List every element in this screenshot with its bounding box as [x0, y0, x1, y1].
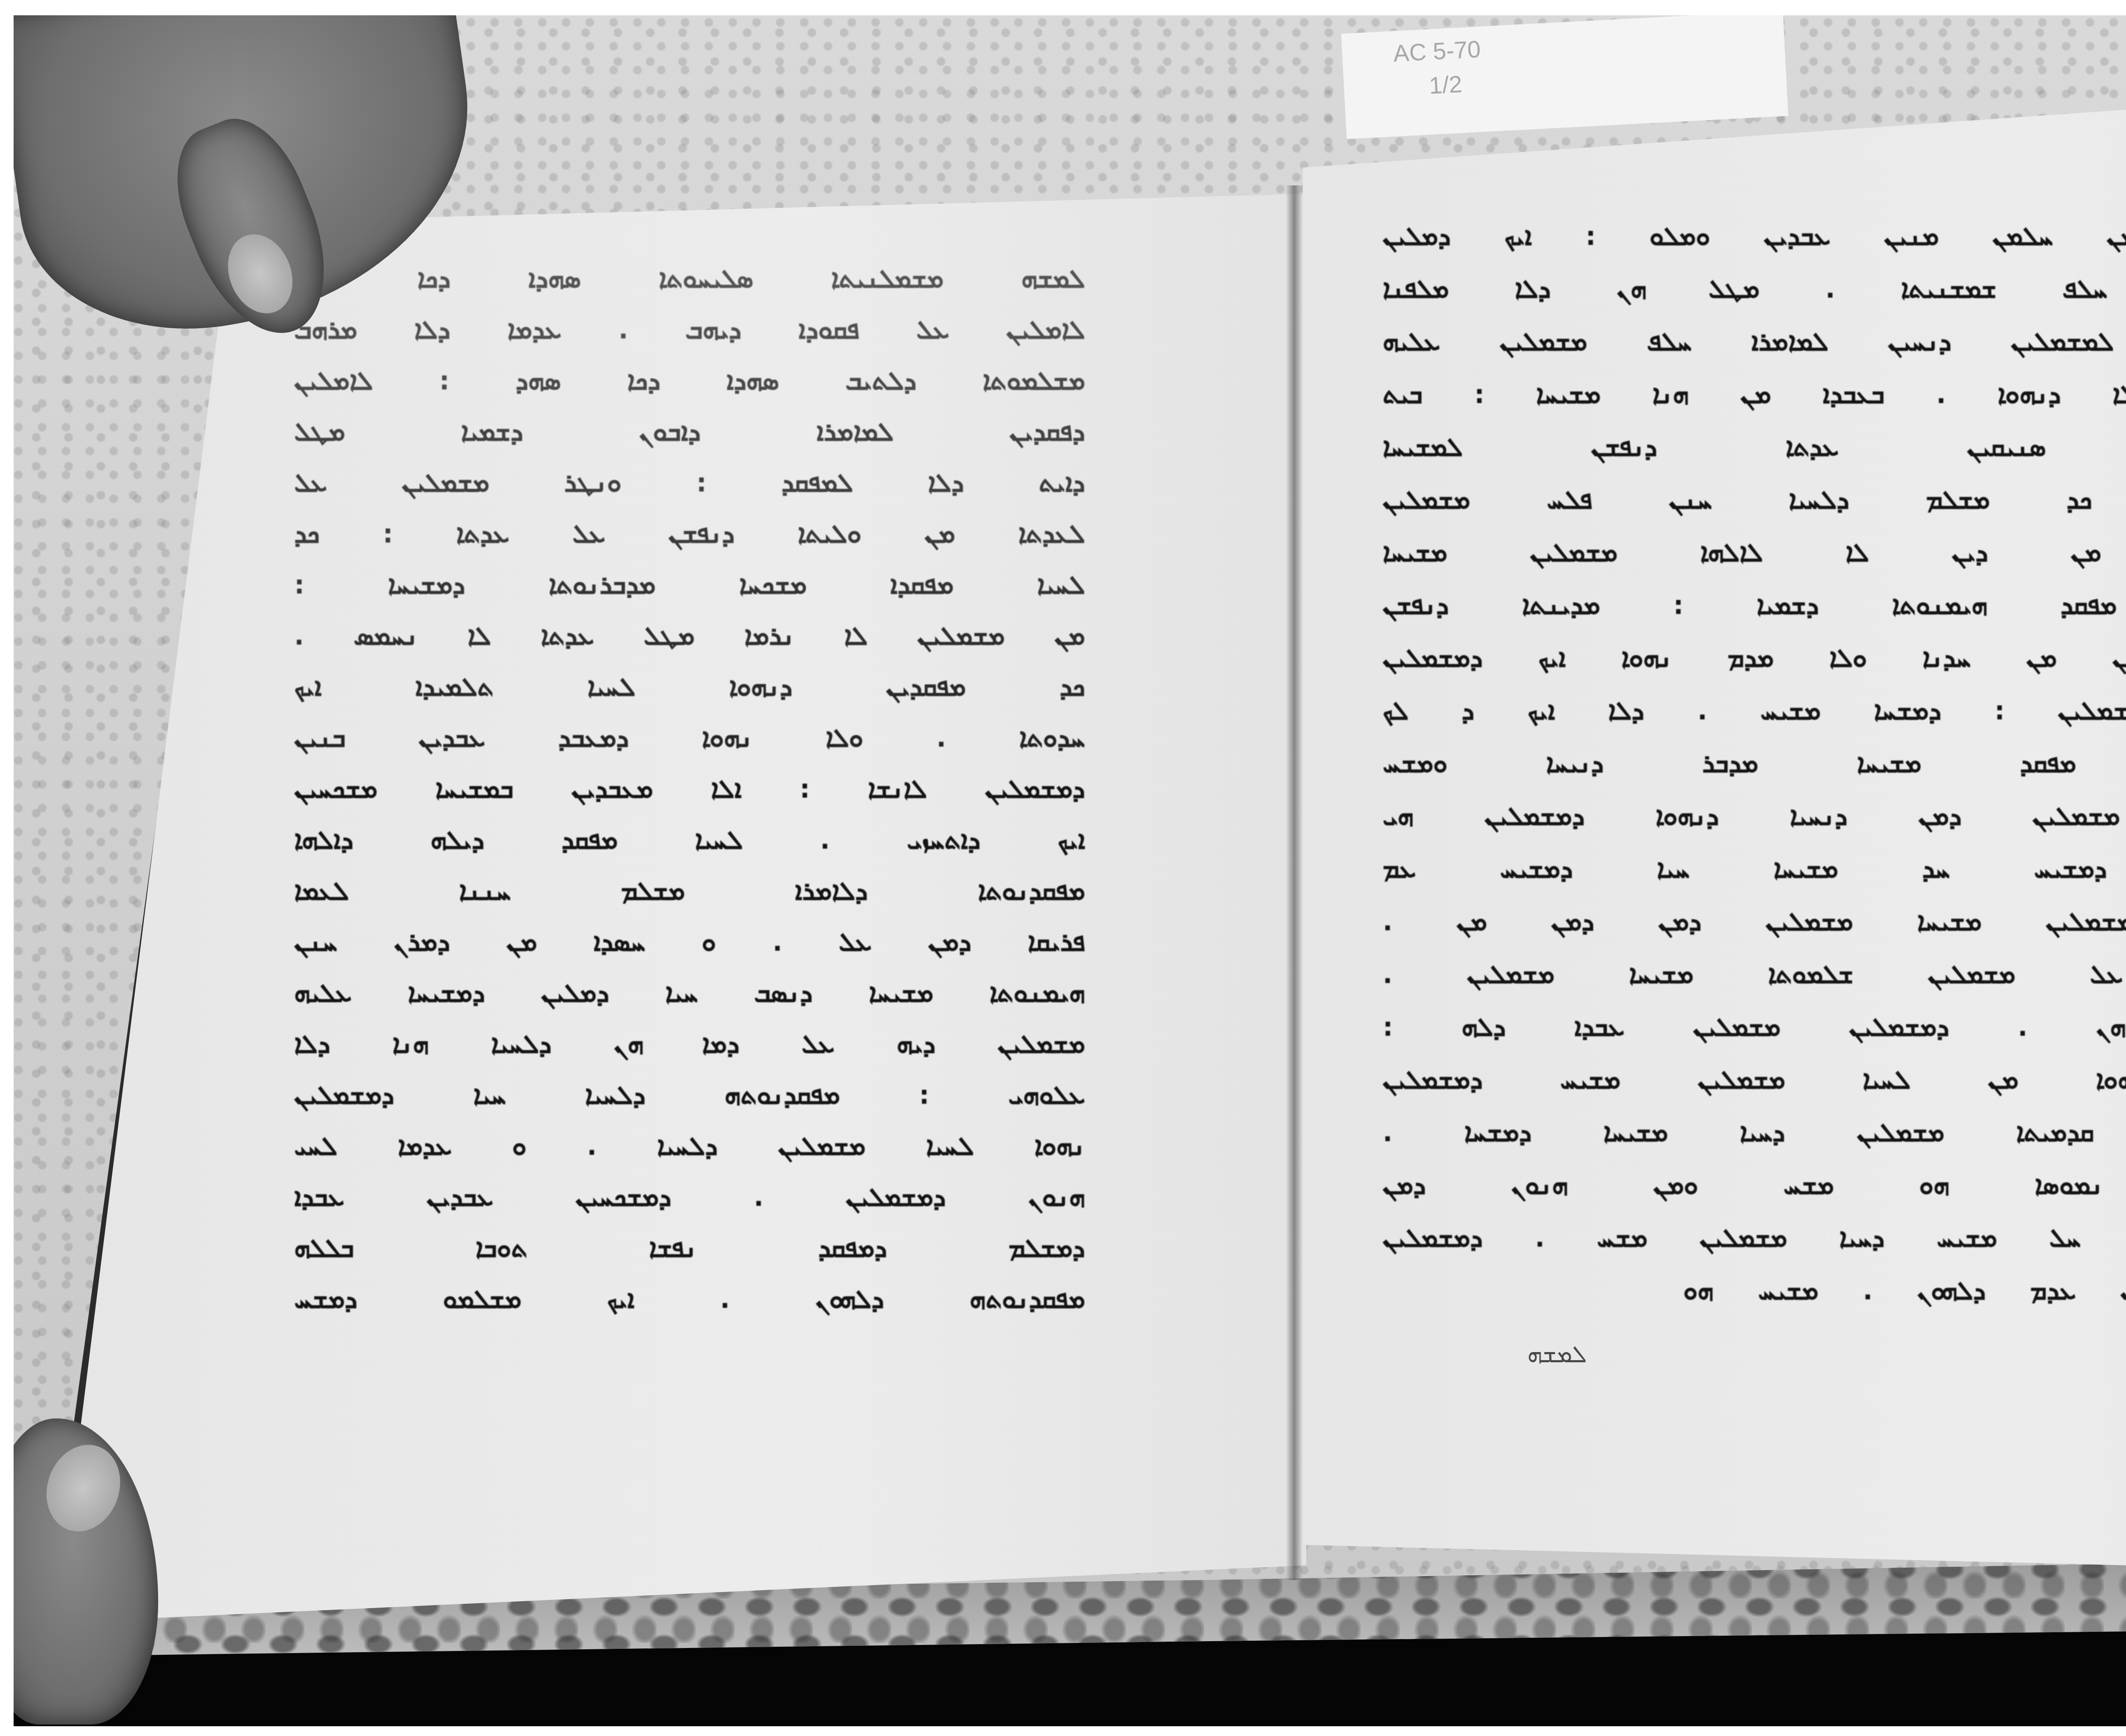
text-line: ܦܪܝܩܐ ܕܡܢ ܥܠ . ܘ ܚܣܕܐ ܡܢ ܕܡܪܢ ܚܢܢ: [294, 917, 1085, 968]
text-line: ܡܛܠ ܗܢ . ܕܡܫܡܠܝܢ ܡܫܡܠܝܢ ܥܒܕܐ ܕܠܗ :: [1383, 1002, 2126, 1054]
text-line: ܠܥܕܬܐ ܡܢ ܘܠܝܬܐ ܕܢܦܫܢ ܥܠ ܥܕܬܐ : ܟܕ: [294, 509, 1085, 560]
left-page-text: ܠܡܫܗ ܡܫܡܠܢܝܬܐ ܣܠܝܚܘܬܐ ܣܗܕܐ ܕܟܐ ܣܗܕ ܠܐܡܠܝ…: [294, 253, 1085, 1325]
photograph: AC 5-70 1/2 ܠܡܫܗ ܡܫܡܠܢܝܬܐ ܣܠܝܚܘܬܐ ܣܗܕܐ ܕ…: [0, 0, 2126, 1736]
photo-area: AC 5-70 1/2 ܠܡܫܗ ܡܫܡܠܢܝܬܐ ܣܠܝܚܘܬܐ ܣܗܕܐ ܕ…: [14, 15, 2126, 1726]
text-line: ܥܕܡܐ ܠܐ ܕܢܗܘܐ . ܒܥܒܕܐ ܡܢ ܗܢܐ ܡܫܝܚܐ : ܒܝܬ: [1383, 369, 2126, 422]
text-line: ܡܫܠܡܘܬܐ ܕܠܬܝܒ ܣܗܕܐ ܕܟܐ ܣܗܕ : ܠܐܡܠܝܢ: [294, 355, 1085, 406]
text-line: ܕܝܗܒܗ ܚܠܦ ܫܡܫܢܝܬܐ . ܡܛܠ ܗܢ ܕܠܐ ܡܠܦܢܐ: [1383, 264, 2126, 316]
text-line: ܡܢ ܗܘܐ ܡܢ ܠܚܝܐ ܡܫܡܠܝܢ ܡܫܝܚ ܕܡܫܡܠܝܢ: [1383, 1054, 2126, 1107]
text-line: ܚܢܢ ܡܫܡܠܝܢ : ܕܡܫܚܐ ܡܫܝܚ . ܕܠܐ ܐܝܟ ܕ ܠܟ: [1383, 685, 2126, 738]
text-line: ܟܕ ܡܦܩܕܝܢ ܕܢܗܘܐ ܠܚܝܐ ܬܠܡܝܕܐ ܐܝܟ: [294, 662, 1085, 713]
text-line: ܡܦܩܕܢܘܬܗ ܕܠܗܘܢ . ܐܝܟ ܡܫܠܡܘ ܕܡܫܚ: [294, 1274, 1085, 1325]
text-line: ܥܠܘܗܝ : ܡܦܩܕܢܘܬܗ ܕܠܚܝܐ ܚܝܐ ܕܡܫܡܠܝܢ: [294, 1070, 1085, 1121]
text-line: ܡܕܡ ܡܢ ܥܕܡ ܕܠܗܘܢ . ܡܫܝܚ ܗܘ: [1683, 1265, 2126, 1318]
text-line: ܢܡܢܐ ܡܦܩܕ ܗܝܡܢܘܬܐ ܕܫܡܝܐ : ܡܕܝܢܬܐ ܕܢܦܫܢ: [1383, 580, 2126, 633]
text-line: ܚܕܘܬܐ . ܘܠܐ ܢܗܘܐ ܕܡܥܒܕ ܥܒܕܝܢ ܒܢܝܢ: [294, 713, 1085, 764]
text-line: ܢܗܘܐ ܡܢ ܚܠܡܢ ܡܢܝܢ ܥܒܕܝܢ ܘܡܠܘ : ܐܝܟ ܕܡܠܝܢ: [1383, 211, 2126, 264]
text-line: ܡܢ ܡܫܡܠܝܢ ܠܐ ܢܪܡܐ ܡܛܠ ܥܕܬܐ ܠܐ ܢܚܡܣ .: [294, 611, 1085, 662]
text-line: ܗܝܡܢܘܬܐ ܡܫܝܚܐ ܕܢܣܒ ܚܝܐ ܕܡܠܝܢ ܕܡܫܝܚܐ ܥܠܝܗ: [294, 968, 1085, 1019]
text-line: ܡܦܩܕܢܘܬܐ ܕܠܐܡܪܐ ܡܫܠܡ ܚܢܢܐ ܠܥܡܐ: [294, 866, 1085, 917]
catalog-label: AC 5-70 1/2: [1341, 15, 1788, 139]
text-line: ܠܐܡܠܝܢ ܥܠ ܦܩܘܕܐ ܕܝܗܒ . ܥܕܡܐ ܕܠܐ ܡܪܗܒ: [294, 304, 1085, 355]
text-line: ܠܡܫܗ ܡܫܡܠܢܝܬܐ ܣܠܝܚܘܬܐ ܣܗܕܐ ܕܟܐ ܣܗܕ: [294, 253, 1085, 304]
text-line: ܕܡܫܡܠܝܢ ܠܐܢܫܐ : ܐܠܐ ܡܥܒܕܝܢ ܒܡܫܝܚܐ ܡܫܟܚܝܢ: [294, 764, 1085, 815]
text-line: ܕܢܚܝܐ ܡܢ ܕܝܢ ܠܐ ܠܐܠܗܐ ܡܫܡܠܝܢ ܡܫܝܚܐ: [1383, 527, 2126, 580]
text-line: ܢܗܘܐ ܠܚܝܐ ܡܫܡܠܝܢ ܕܠܚܝܐ . ܘ ܥܕܡܐ ܠܚܝ: [294, 1121, 1085, 1172]
text-line: ܕܡܢ ܡܢ ܡܢ ܚܕܢܐ ܘܠܐ ܡܕܡ ܢܗܘܐ ܐܝܟ ܕܡܫܡܠܝܢ: [1383, 633, 2126, 685]
text-line: ܗܢܘܢ ܕܡܫܡܠܝܢ . ܕܡܫܟܚܝܢ ܥܒܕܝܢ ܥܒܕܐ: [294, 1172, 1085, 1223]
catchword: ܠܡܫܗ: [1383, 1342, 1587, 1369]
text-line: ܠܥܕܬܐ ܡܦܩܕ ܡܫܝܚܐ ܡܕܒܪ ܕܢܝܚܐ ܘܡܫܚ: [1383, 738, 2126, 791]
text-line: ܕܡܫܝܚ ܟܕ ܡܫܠܡ ܕܠܚܝܐ ܚܢܢ ܦܠܚ ܡܫܡܠܝܢ: [1383, 474, 2126, 527]
text-line: ܢܗܘܐ ܡܫܡܠܝܢ ܕܡܢ ܕܢܚܝܐ ܕܢܗܘܐ ܕܡܫܡܠܝܢ ܗܝ: [1383, 791, 2126, 844]
text-line: ܕܦܩܕܝܢ ܠܡܐܡܪܐ ܕܐܒܘܢ ܕܫܡܝܐ ܡܛܠ: [294, 406, 1085, 457]
text-line: ܕܐܝܬ ܕܠܐ ܠܡܦܩܕ : ܘܢܛܪ ܡܫܡܠܝܢ ܥܠ: [294, 457, 1085, 509]
text-line: ܕܡܫܠܡ ܕܡܦܩܕ ܢܦܫܐ ܬܘܒܐ ܒܠܠܗ: [294, 1223, 1085, 1274]
text-line: ܐܝܟ ܕܐܬܚܙܝ . ܠܚܝܐ ܡܦܩܕ ܕܝܠܗ ܕܐܠܗܐ: [294, 815, 1085, 866]
text-line: ܢܗܘܐ ܕܡܫܝܚ ܚܕ ܡܫܝܚܐ ܚܝܐ ܕܡܫܝܚ ܥܡ: [1383, 844, 2126, 896]
text-line: ܠܚܝܐ ܡܦܩܕܐ ܡܫܟܚܐ ܡܕܒܪܢܘܬܐ ܕܡܫܝܚܐ :: [294, 560, 1085, 611]
text-line: ܠܠܗ . ܚܠ ܡܫܝܚ ܕܚܝܐ ܡܫܡܠܝܢ ܡܫܚ . ܕܡܫܡܠܝܢ: [1383, 1213, 2126, 1265]
text-line: ܢܗܘܘܢ ܣܢܝܩܝܢ ܥܕܬܐ ܕܢܦܫܢ ܠܡܫܝܚܐ: [1383, 422, 2126, 474]
text-line: ܡܫܡܠܝܢ ܕܝܗ ܥܠ ܕܡܐ ܗܢ ܕܠܚܝܐ ܗܢܐ ܕܠܐ: [294, 1019, 1085, 1070]
text-line: ܕܠܗ ܥܠ ܡܫܡܠܝܢ ܫܠܡܘܬܐ ܡܫܝܚܐ ܡܫܡܠܝܢ .: [1383, 949, 2126, 1002]
right-page-text: ܢܗܘܐ ܡܢ ܚܠܡܢ ܡܢܝܢ ܥܒܕܝܢ ܘܡܠܘ : ܐܝܟ ܕܡܠܝܢ…: [1383, 211, 2126, 1369]
text-line: ܡܕܝܢ ܢܡܘܣܐ ܗܘ ܡܫܚ ܘܡܢ ܗܢܘܢ ܕܡܢ: [1383, 1160, 2126, 1213]
book-gutter: [1286, 185, 1303, 1580]
text-line: ܘܥܕܡܐ ܠܡܫܡܠܝܢ ܕܢܚܝܢ ܠܡܐܡܪܐ ܚܠܦ ܡܫܡܠܝܢ ܥܠ…: [1383, 316, 2126, 369]
text-line: ܕܠܗ ܡܫܡܠܝܢ ܡܫܝܚܐ ܡܫܡܠܝܢ ܕܡܢ ܕܡܢ ܡܢ .: [1383, 896, 2126, 949]
text-line: ܠܚܠܡܢ ܩܕܡܝܬܐ ܡܫܡܠܝܢ ܕܚܝܐ ܡܫܝܚܐ ܕܡܫܚܐ .: [1383, 1107, 2126, 1160]
